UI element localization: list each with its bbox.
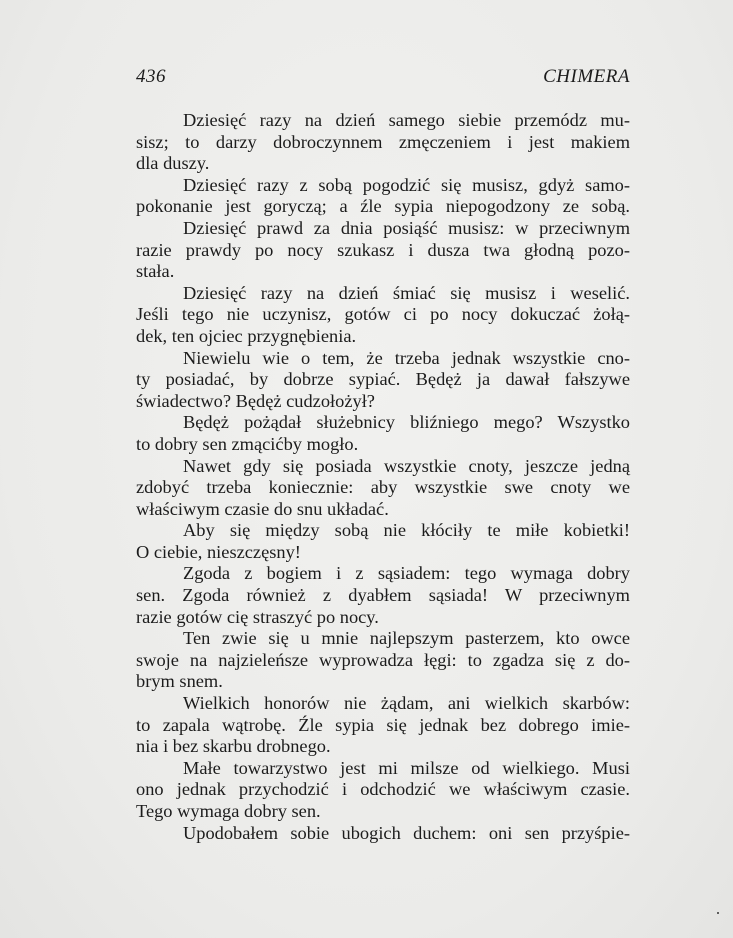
text-line: Będęż pożądał służebnicy bliźniego mego?… — [136, 412, 630, 434]
text-line: Aby się między sobą nie kłóciły te miłe … — [136, 520, 630, 542]
book-page: 436 CHIMERA Dziesięć razy na dzień sameg… — [0, 0, 733, 938]
text-line: nia i bez skarbu drobnego. — [136, 736, 630, 758]
text-line: to zapala wątrobę. Źle sypia się jednak … — [136, 715, 630, 737]
text-line: Małe towarzystwo jest mi milsze od wielk… — [136, 758, 630, 780]
text-line: Tego wymaga dobry sen. — [136, 801, 630, 823]
text-line: sen. Zgoda również z dyabłem sąsiada! W … — [136, 585, 630, 607]
running-title: CHIMERA — [543, 66, 630, 88]
body-text: Dziesięć razy na dzień samego siebie prz… — [136, 110, 630, 844]
text-line: razie prawdy po nocy szukasz i dusza twa… — [136, 240, 630, 262]
text-line: Dziesięć prawd za dnia posiąść musisz: w… — [136, 218, 630, 240]
text-line: razie gotów cię straszyć po nocy. — [136, 607, 630, 629]
text-line: sisz; to darzy dobroczynnem zmęczeniem i… — [136, 132, 630, 154]
text-line: Wielkich honorów nie żądam, ani wielkich… — [136, 693, 630, 715]
text-line: dla duszy. — [136, 153, 630, 175]
text-line: stała. — [136, 261, 630, 283]
text-line: Upodobałem sobie ubogich duchem: oni sen… — [136, 823, 630, 845]
text-line: Jeśli tego nie uczynisz, gotów ci po noc… — [136, 304, 630, 326]
text-line: właściwym czasie do snu układać. — [136, 499, 630, 521]
text-line: swoje na najzieleńsze wyprowadza łęgi: t… — [136, 650, 630, 672]
text-line: Dziesięć razy z sobą pogodzić się musisz… — [136, 175, 630, 197]
text-line: ty posiadać, by dobrze sypiać. Będęż ja … — [136, 369, 630, 391]
text-line: to dobry sen zmącićby mogło. — [136, 434, 630, 456]
text-line: Dziesięć razy na dzień śmiać się musisz … — [136, 283, 630, 305]
text-line: O ciebie, nieszczęsny! — [136, 542, 630, 564]
text-line: Nawet gdy się posiada wszystkie cnoty, j… — [136, 456, 630, 478]
running-head: 436 CHIMERA — [136, 66, 630, 92]
text-line: dek, ten ojciec przygnębienia. — [136, 326, 630, 348]
text-line: zdobyć trzeba koniecznie: aby wszystkie … — [136, 477, 630, 499]
text-line: ono jednak przychodzić i odchodzić we wł… — [136, 779, 630, 801]
text-line: pokonanie jest goryczą; a źle sypia niep… — [136, 196, 630, 218]
text-line: brym snem. — [136, 671, 630, 693]
text-line: świadectwo? Będęż cudzołożył? — [136, 391, 630, 413]
text-line: Dziesięć razy na dzień samego siebie prz… — [136, 110, 630, 132]
paper-speck — [717, 912, 719, 914]
text-line: Ten zwie się u mnie najlepszym pasterzem… — [136, 628, 630, 650]
text-line: Zgoda z bogiem i z sąsiadem: tego wymaga… — [136, 563, 630, 585]
page-number: 436 — [136, 66, 166, 88]
text-line: Niewielu wie o tem, że trzeba jednak wsz… — [136, 348, 630, 370]
